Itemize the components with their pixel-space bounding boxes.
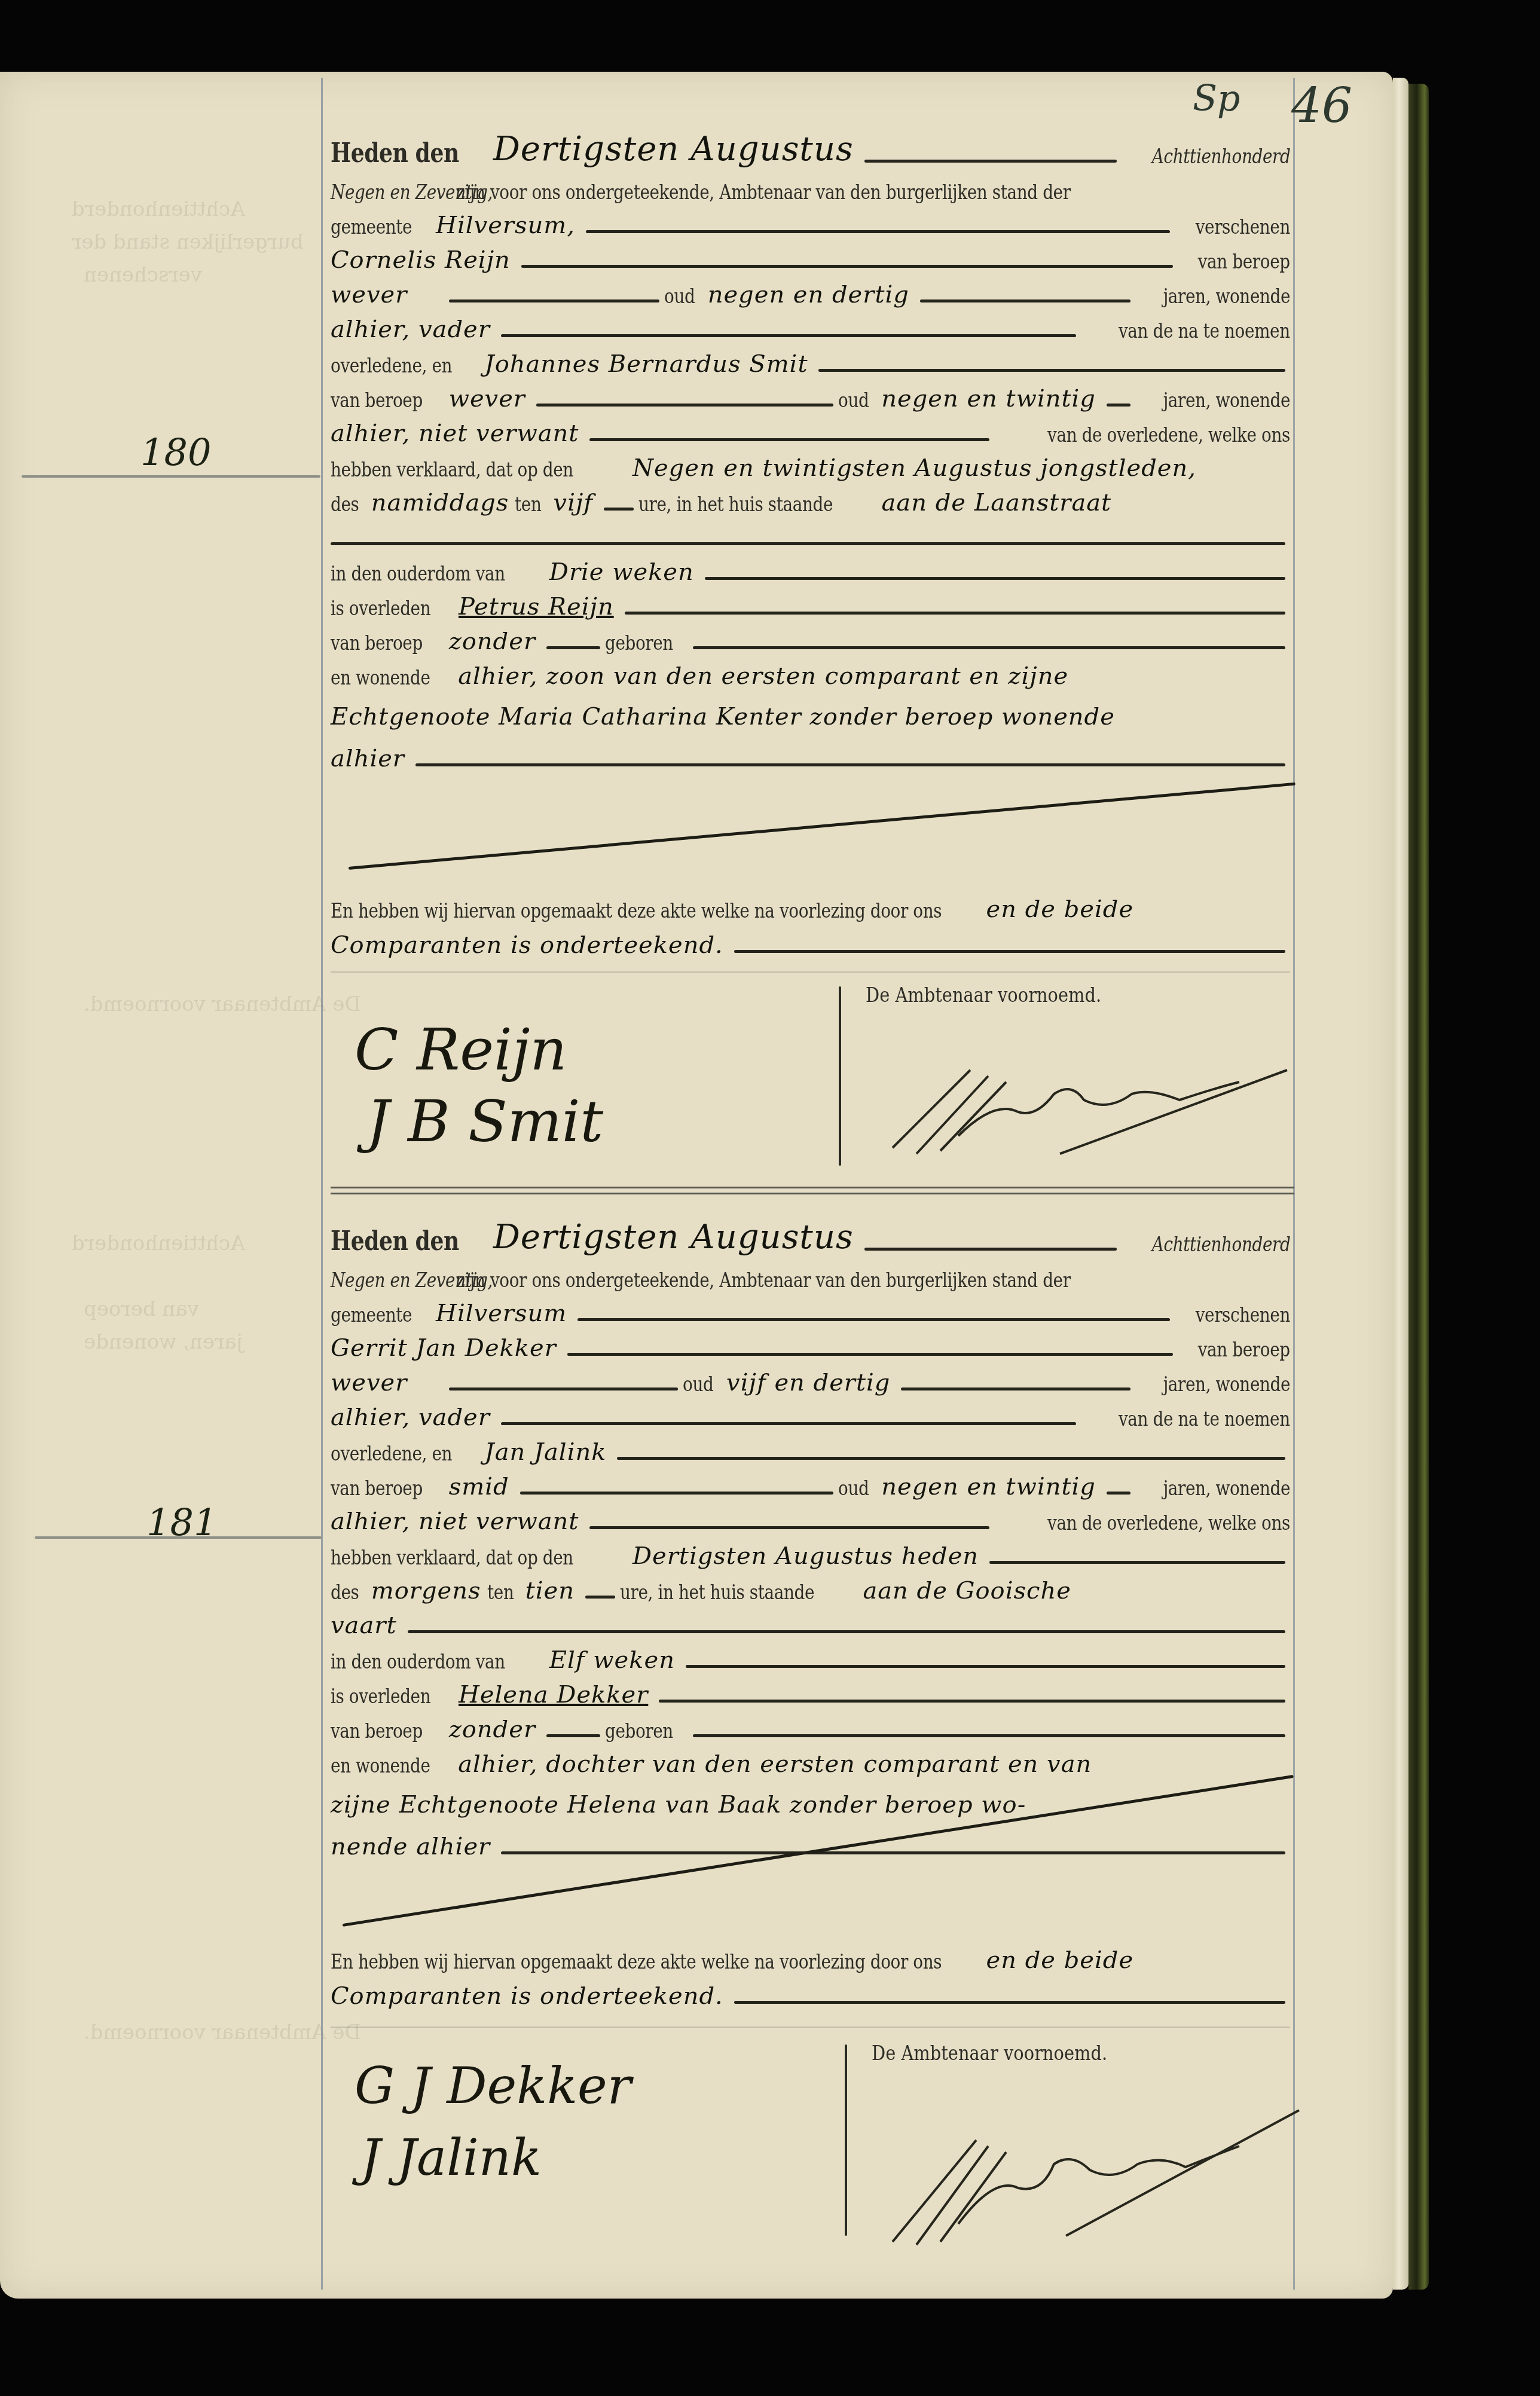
handwritten-occupation-deceased: zonder (443, 628, 542, 655)
printed-jaren-wonende: jaren, wonende (1163, 285, 1290, 308)
bleed-through-text: De Ambtenaar voornoemd. (84, 992, 361, 1016)
printed-van-beroep-3: van beroep (331, 631, 423, 655)
record-separator (331, 1187, 1294, 1188)
official-signature-icon (869, 2098, 1311, 2254)
bleed-through-text: van beroep (84, 1297, 199, 1321)
handwritten-age-1: vijf en dertig (720, 1369, 896, 1396)
cancellation-stroke (349, 783, 1295, 870)
handwritten-death-date: Negen en twintigsten Augustus jongstlede… (627, 454, 1202, 482)
book-cover-edge (1408, 84, 1429, 2290)
printed-des: des (331, 1581, 359, 1605)
printed-van-beroep: van beroep (1198, 1338, 1290, 1362)
handwritten-residence-2: alhier, niet verwant (331, 1508, 585, 1535)
printed-ure: ure, in het huis staande (638, 493, 833, 517)
printed-oud: oud (664, 285, 695, 308)
printed-van-beroep-2: van beroep (331, 389, 423, 412)
printed-verschenen: verschenen (1196, 1303, 1290, 1327)
printed-ambtenaar: De Ambtenaar voornoemd. (866, 983, 1101, 1007)
handwritten-occupation-1: wever (331, 281, 444, 308)
right-margin-rule (1293, 78, 1295, 2290)
handwritten-residence-1: alhier, vader (331, 1404, 496, 1431)
printed-ten: ten (515, 493, 541, 517)
printed-verklaard: hebben verklaard, dat op den (331, 1546, 573, 1570)
handwritten-municipality: Hilversum (430, 1300, 573, 1327)
printed-jaren-wonende-2: jaren, wonende (1163, 389, 1290, 412)
printed-overledene-en: overledene, en (331, 354, 452, 378)
handwritten-location-2: vaart (331, 1612, 403, 1639)
handwritten-time-of-day: morgens (365, 1577, 487, 1605)
printed-des: des (331, 493, 359, 517)
handwritten-parents-2: nende alhier (331, 1833, 496, 1860)
handwritten-residence-deceased: alhier, zoon van den eersten comparant e… (452, 662, 1074, 690)
handwritten-age-deceased: Drie weken (543, 558, 700, 586)
printed-gemeente: gemeente (331, 1303, 412, 1327)
handwritten-residence-2: alhier, niet verwant (331, 420, 585, 447)
bleed-through-text: burgerlijken stand der (72, 230, 304, 254)
handwritten-date: Dertigsten Augustus (487, 130, 860, 169)
printed-closing: En hebben wij hiervan opgemaakt deze akt… (331, 1950, 942, 1974)
bleed-through-text: jaren, wonende (84, 1330, 243, 1354)
handwritten-hour: tien (520, 1577, 580, 1605)
handwritten-date: Dertigsten Augustus (487, 1218, 860, 1257)
handwritten-death-date: Dertigsten Augustus heden (627, 1542, 985, 1570)
handwritten-residence-1: alhier, vader (331, 316, 496, 343)
printed-jaren-wonende-2: jaren, wonende (1163, 1477, 1290, 1500)
printed-van-de-overledene: van de overledene, welke ons (1047, 423, 1290, 447)
printed-heden: Heden den (331, 138, 459, 169)
printed-en-wonende: en wonende (331, 666, 430, 690)
bleed-through-text: verschenen (84, 263, 202, 287)
printed-geboren: geboren (605, 1719, 673, 1743)
handwritten-deceased-name: Helena Dekker (453, 1681, 654, 1709)
handwritten-parents: Echtgenoote Maria Catharina Kenter zonde… (331, 703, 1121, 731)
official-signature-icon (881, 1046, 1299, 1166)
printed-van-beroep-3: van beroep (331, 1719, 423, 1743)
handwritten-declarant-1: Cornelis Reijn (331, 246, 517, 274)
handwritten-age-1: negen en dertig (702, 281, 915, 308)
printed-ure: ure, in het huis staande (620, 1581, 814, 1605)
handwritten-occupation-deceased: zonder (443, 1716, 542, 1743)
signature-witness-2: J Jalink (360, 2128, 542, 2187)
handwritten-deceased-name: Petrus Reijn (453, 593, 620, 621)
handwritten-closing-fill: en de beide (980, 1946, 1140, 1974)
handwritten-closing-fill-2: Comparanten is onderteekend. (331, 1982, 729, 2010)
printed-gemeente: gemeente (331, 215, 412, 239)
signature-witness-2: J B Smit (366, 1088, 603, 1155)
page-stack-edge (1393, 78, 1408, 2290)
printed-jaren-wonende: jaren, wonende (1163, 1373, 1290, 1396)
handwritten-occupation-2: smid (443, 1473, 515, 1500)
signature-brace (839, 986, 841, 1166)
printed-is-overleden: is overleden (331, 1685, 430, 1709)
record-number-rule (35, 1536, 322, 1539)
line-intro: Negen en Zeventig, zijn voor ons onderge… (331, 173, 1290, 204)
printed-oud-2: oud (838, 1477, 869, 1500)
handwritten-declarant-1: Gerrit Jan Dekker (331, 1334, 563, 1362)
printed-year-label: Achttienhonderd (1151, 1233, 1290, 1257)
handwritten-declarant-2: Jan Jalink (479, 1438, 613, 1466)
handwritten-municipality: Hilversum, (430, 212, 581, 239)
line-date: Heden den Dertigsten Augustus Achttienho… (331, 137, 1290, 169)
printed-na-te-noemen: van de na te noemen (1119, 1407, 1290, 1431)
printed-van-beroep: van beroep (1198, 250, 1290, 274)
handwritten-parents: zijne Echtgenoote Helena van Baak zonder… (331, 1791, 1032, 1819)
handwritten-occupation-2: wever (443, 385, 531, 412)
printed-ouderdom: in den ouderdom van (331, 1650, 505, 1674)
signature-brace (845, 2044, 847, 2236)
handwritten-location: aan de Laanstraat (876, 489, 1118, 517)
printed-ambtenaar: De Ambtenaar voornoemd. (872, 2042, 1107, 2065)
handwritten-closing-fill: en de beide (980, 896, 1140, 923)
printed-verschenen: verschenen (1196, 215, 1290, 239)
handwritten-age-2: negen en twintig (875, 385, 1102, 412)
handwritten-time-of-day: namiddags (365, 489, 515, 517)
printed-van-beroep-2: van beroep (331, 1477, 423, 1500)
printed-ten: ten (487, 1581, 514, 1605)
printed-year-label: Achttienhonderd (1151, 145, 1290, 169)
folio-prefix: Sp (1193, 78, 1240, 120)
signature-witness-1: C Reijn (355, 1016, 567, 1083)
printed-intro: zijn voor ons ondergeteekende, Ambtenaar… (456, 1269, 1071, 1292)
printed-na-te-noemen: van de na te noemen (1119, 319, 1290, 343)
bleed-through-text: Achttienhonderd (72, 1231, 245, 1255)
printed-ouderdom: in den ouderdom van (331, 562, 505, 586)
record-separator (331, 1193, 1294, 1194)
left-margin-rule (321, 78, 323, 2290)
signature-witness-1: G J Dekker (355, 2056, 631, 2115)
bleed-through-text: De Ambtenaar voornoemd. (84, 2021, 361, 2044)
record-number: 180 (140, 430, 211, 474)
printed-heden: Heden den (331, 1226, 459, 1257)
handwritten-declarant-2: Johannes Bernardus Smit (479, 350, 814, 378)
death-record-180: Heden den Dertigsten Augustus Achttienho… (331, 137, 1290, 1154)
handwritten-age-2: negen en twintig (875, 1473, 1102, 1500)
handwritten-age-deceased: Elf weken (543, 1646, 681, 1674)
folio-number: 46 (1291, 78, 1352, 133)
record-number-rule (22, 475, 320, 478)
handwritten-closing-fill-2: Comparanten is onderteekend. (331, 931, 729, 959)
handwritten-occupation-1: wever (331, 1369, 444, 1396)
printed-oud: oud (683, 1373, 713, 1396)
handwritten-location: aan de Gooische (857, 1577, 1077, 1605)
printed-van-de-overledene: van de overledene, welke ons (1047, 1511, 1290, 1535)
printed-geboren: geboren (605, 631, 673, 655)
handwritten-parents-2: alhier (331, 745, 411, 772)
printed-overledene-en: overledene, en (331, 1442, 452, 1466)
printed-intro: zijn voor ons ondergeteekende, Ambtenaar… (456, 181, 1071, 204)
handwritten-residence-deceased: alhier, dochter van den eersten comparan… (452, 1750, 1098, 1778)
bleed-through-text: Achttienhonderd (72, 197, 245, 221)
death-record-181: Heden den Dertigsten Augustus Achttienho… (331, 1202, 1290, 2278)
printed-verklaard: hebben verklaard, dat op den (331, 458, 573, 482)
handwritten-hour: vijf (548, 489, 600, 517)
printed-closing: En hebben wij hiervan opgemaakt deze akt… (331, 899, 942, 923)
printed-en-wonende: en wonende (331, 1754, 430, 1778)
printed-oud-2: oud (838, 389, 869, 412)
printed-is-overleden: is overleden (331, 597, 430, 621)
